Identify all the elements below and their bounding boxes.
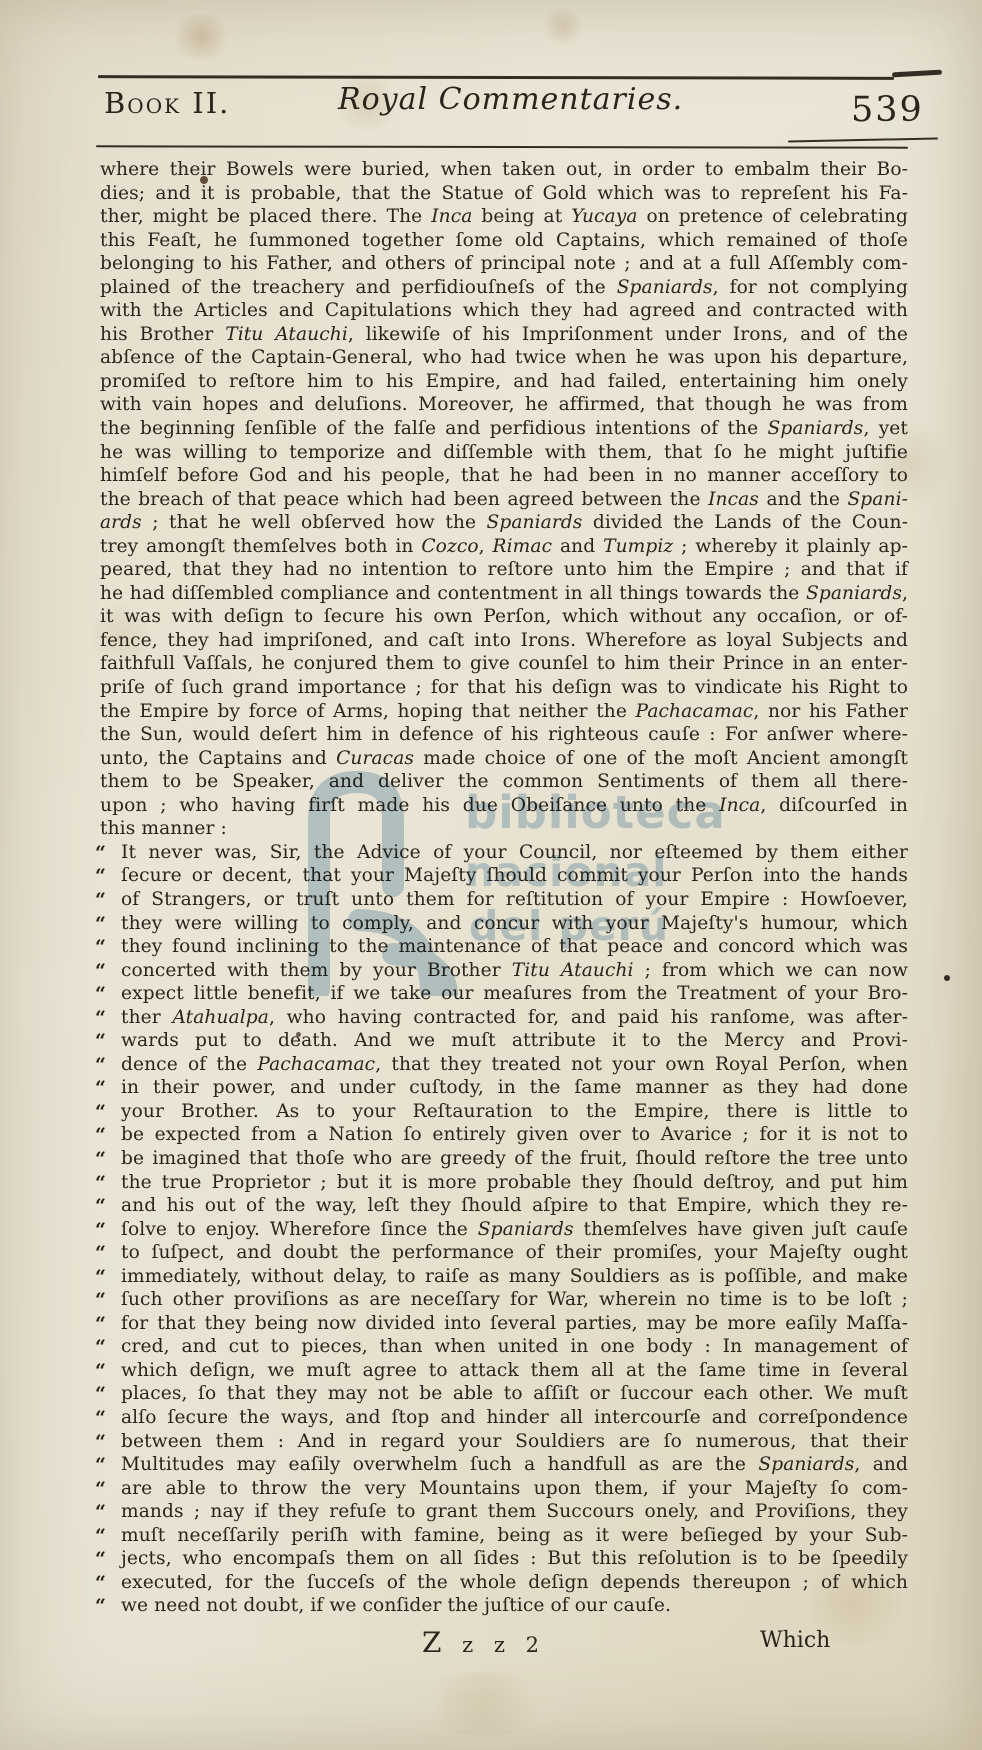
text-line: “in their power, and under cuſtody, in t…	[100, 1076, 908, 1100]
quote-mark: “	[95, 1289, 106, 1313]
quote-mark: “	[95, 1595, 106, 1619]
text-line: the breach of that peace which had been …	[100, 488, 908, 512]
text-line: ther, might be placed there. The Inca be…	[100, 205, 908, 229]
header-rule-ink-end	[892, 70, 942, 78]
text-line: this Feaſt, he ſummoned together ſome ol…	[100, 229, 908, 253]
quote-mark: “	[95, 1007, 106, 1031]
page-number-underline	[788, 137, 938, 142]
quote-mark: “	[95, 1407, 106, 1431]
text-line: this manner :	[100, 817, 908, 841]
quote-mark: “	[95, 1501, 106, 1525]
text-line: “muſt neceſſarily periſh with famine, be…	[100, 1524, 908, 1548]
ink-speck	[944, 975, 950, 981]
text-line: where their Bowels were buried, when tak…	[100, 158, 908, 182]
main-text-column: where their Bowels were buried, when tak…	[100, 158, 908, 1618]
text-line: with vain hopes and deluſions. Moreover,…	[100, 393, 908, 417]
quote-mark: “	[95, 1195, 106, 1219]
text-line: with the Articles and Capitulations whic…	[100, 299, 908, 323]
text-line: “and his out of the way, leſt they ſhoul…	[100, 1194, 908, 1218]
text-line: “to ſuſpect, and doubt the performance o…	[100, 1241, 908, 1265]
quote-mark: “	[95, 842, 106, 866]
quote-mark: “	[95, 1383, 106, 1407]
text-line: “expect little benefit, if we take our m…	[100, 982, 908, 1006]
book-label: Book II.	[104, 86, 230, 120]
text-line: trey amongſt themſelves both in Cozco, R…	[100, 535, 908, 559]
quote-mark: “	[95, 1172, 106, 1196]
paper-stain	[416, 1672, 550, 1736]
text-line: promiſed to reſtore him to his Empire, a…	[100, 370, 908, 394]
text-line: “Multitudes may eaſily overwhelm ſuch a …	[100, 1453, 908, 1477]
text-line: “they were willing to comply, and concur…	[100, 912, 908, 936]
quote-mark: “	[95, 913, 106, 937]
text-line: himſelf before God and his people, that …	[100, 464, 908, 488]
text-line: “ſecure or decent, that your Majeſty ſho…	[100, 864, 908, 888]
quote-mark: “	[95, 889, 106, 913]
text-line: “they found inclining to the maintenance…	[100, 935, 908, 959]
signature-mark: Z z z 2	[422, 1626, 546, 1659]
quote-mark: “	[95, 1124, 106, 1148]
text-line: “wards put to death. And we muſt attribu…	[100, 1029, 908, 1053]
quote-mark: “	[95, 1242, 106, 1266]
text-line: it was with deſign to ſecure his own Per…	[100, 605, 908, 629]
text-line: “It never was, Sir, the Advice of your C…	[100, 841, 908, 865]
quote-mark: “	[95, 1454, 106, 1478]
text-line: “ſuch other proviſions as are neceſſary …	[100, 1288, 908, 1312]
book-page: Book II. Royal Commentaries. 539 where t…	[0, 0, 982, 1750]
text-line: “places, ſo that they may not be able to…	[100, 1382, 908, 1406]
text-line: “be imagined that thoſe who are greedy o…	[100, 1147, 908, 1171]
catchword: Which	[760, 1628, 830, 1653]
text-line: “ther Atahualpa, who having contracted f…	[100, 1006, 908, 1030]
header-rule-top	[98, 75, 894, 79]
quote-mark: “	[95, 960, 106, 984]
text-line: “be expected from a Nation ſo entirely g…	[100, 1123, 908, 1147]
text-line: the beginning ſenſible of the falſe and …	[100, 417, 908, 441]
text-line: he was willing to temporize and diſſembl…	[100, 441, 908, 465]
text-line: “between them : And in regard your Sould…	[100, 1430, 908, 1454]
quote-mark: “	[95, 865, 106, 889]
text-line: “jects, who encompaſs them on all ſides …	[100, 1547, 908, 1571]
quote-mark: “	[95, 1266, 106, 1290]
text-line: “dence of the Pachacamac, that they trea…	[100, 1053, 908, 1077]
text-line: “alſo ſecure the ways, and ſtop and hind…	[100, 1406, 908, 1430]
quote-mark: “	[95, 1572, 106, 1596]
text-line: priſe of ſuch grand importance ; for tha…	[100, 676, 908, 700]
quote-mark: “	[95, 1054, 106, 1078]
quote-mark: “	[95, 1548, 106, 1572]
text-line: “mands ; nay if they refuſe to grant the…	[100, 1500, 908, 1524]
paper-stain	[540, 8, 586, 44]
quote-mark: “	[95, 1336, 106, 1360]
quote-mark: “	[95, 1478, 106, 1502]
text-line: “ſolve to enjoy. Wherefore ſince the Spa…	[100, 1218, 908, 1242]
text-line: “immediately, without delay, to raiſe as…	[100, 1265, 908, 1289]
quote-mark: “	[95, 983, 106, 1007]
text-line: “executed, for the ſucceſs of the whole …	[100, 1571, 908, 1595]
header-rule-bottom	[96, 145, 908, 149]
quote-mark: “	[95, 936, 106, 960]
text-line: “cred, and cut to pieces, than when unit…	[100, 1335, 908, 1359]
text-line: belonging to his Father, and others of p…	[100, 252, 908, 276]
quote-mark: “	[95, 1219, 106, 1243]
text-line: he had diſſembled compliance and content…	[100, 582, 908, 606]
text-line: fence, they had impriſoned, and caſt int…	[100, 629, 908, 653]
text-line: “your Brother. As to your Reſtauration t…	[100, 1100, 908, 1124]
quote-mark: “	[95, 1431, 106, 1455]
text-line: “we need not doubt, if we conſider the j…	[100, 1594, 908, 1618]
quote-mark: “	[95, 1525, 106, 1549]
footer-line: Z z z 2 Which	[100, 1626, 908, 1660]
text-line: upon ; who having firſt made his due Obe…	[100, 794, 908, 818]
quote-mark: “	[95, 1077, 106, 1101]
text-line: them to be Speaker, and deliver the comm…	[100, 770, 908, 794]
paper-stain	[170, 14, 232, 60]
text-line: “are able to throw the very Mountains up…	[100, 1477, 908, 1501]
text-line: “which deſign, we muſt agree to attack t…	[100, 1359, 908, 1383]
text-line: unto, the Captains and Curacas made choi…	[100, 747, 908, 771]
text-line: faithfull Vaſſals, he conjured them to g…	[100, 652, 908, 676]
text-line: abſence of the Captain-General, who had …	[100, 346, 908, 370]
quote-mark: “	[95, 1360, 106, 1384]
quote-mark: “	[95, 1313, 106, 1337]
text-line: dies; and it is probable, that the Statu…	[100, 182, 908, 206]
text-line: the Sun, would deſert him in defence of …	[100, 723, 908, 747]
text-line: “for that they being now divided into ſe…	[100, 1312, 908, 1336]
running-title: Royal Commentaries.	[338, 82, 683, 117]
text-line: peared, that they had no intention to re…	[100, 558, 908, 582]
text-line: “concerted with them by your Brother Tit…	[100, 959, 908, 983]
quote-mark: “	[95, 1030, 106, 1054]
quote-mark: “	[95, 1148, 106, 1172]
text-line: ards ; that he well obſerved how the Spa…	[100, 511, 908, 535]
text-line: “the true Proprietor ; but it is more pr…	[100, 1171, 908, 1195]
text-line: his Brother Titu Atauchi, likewiſe of hi…	[100, 323, 908, 347]
page-number: 539	[851, 90, 924, 130]
text-line: “of Strangers, or truſt unto them for re…	[100, 888, 908, 912]
text-line: the Empire by force of Arms, hoping that…	[100, 700, 908, 724]
text-line: plained of the treachery and perfidiouſn…	[100, 276, 908, 300]
quote-mark: “	[95, 1101, 106, 1125]
